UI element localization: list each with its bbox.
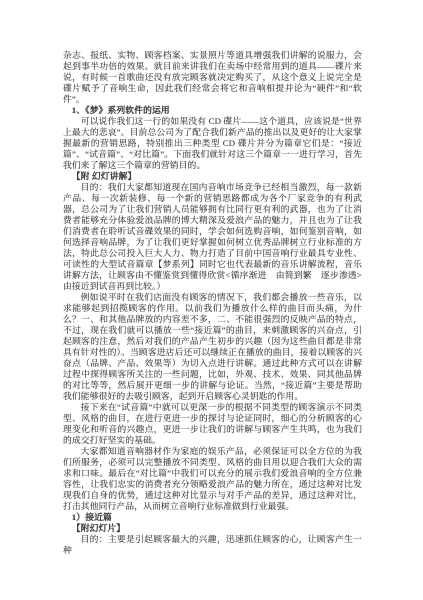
paragraph-purpose: 目的：我们大家都知道现在国内音响市场竞争已经相当激烈，每一款新产品、每一次新装修… [63, 182, 362, 292]
paragraph-audition-chapter: 接下来在“试音篇”中就可以更深一步的根据不同类型的顾客演示不同类型、风格的曲目，… [63, 402, 362, 446]
paragraph-compare-chapter: 大家都知道音响器材作为家庭的娱乐产品，必须保证可以全方位的为我们所服务，必须可以… [63, 446, 362, 512]
document-page: 杂志、报纸、实物、顾客档案、实景照片等道具增强我们讲解的说服力，会起到事半功倍的… [0, 0, 423, 600]
paragraph-cd-importance: 可以说作我们这一行的如果没有 CD 碟片——这个道具，应该说是“世界上最大的悲哀… [63, 116, 362, 171]
heading-slide-explanation: 【附 幻灯讲解】 [63, 171, 362, 182]
paragraph-approach-purpose: 目的：主要是引起顾客最大的兴趣，迅速抓住顾客的心，让顾客产生一种 [63, 534, 362, 556]
heading-approach-chapter: 1）接近篇 [63, 512, 362, 523]
heading-dream-series: 1、《梦》系列软件的运用 [63, 105, 362, 116]
document-text-block: 杂志、报纸、实物、顾客档案、实景照片等道具增强我们讲解的说服力，会起到事半功倍的… [63, 50, 362, 556]
paragraph-props-intro: 杂志、报纸、实物、顾客档案、实景照片等道具增强我们讲解的说服力，会起到事半功倍的… [63, 50, 362, 105]
heading-attached-slide: 【附幻灯片】 [63, 523, 362, 534]
paragraph-approach-usage: 例如说平时在我们店面没有顾客的情况下，我们都会播放一些音乐，以求能够起到招揽顾客… [63, 292, 362, 402]
